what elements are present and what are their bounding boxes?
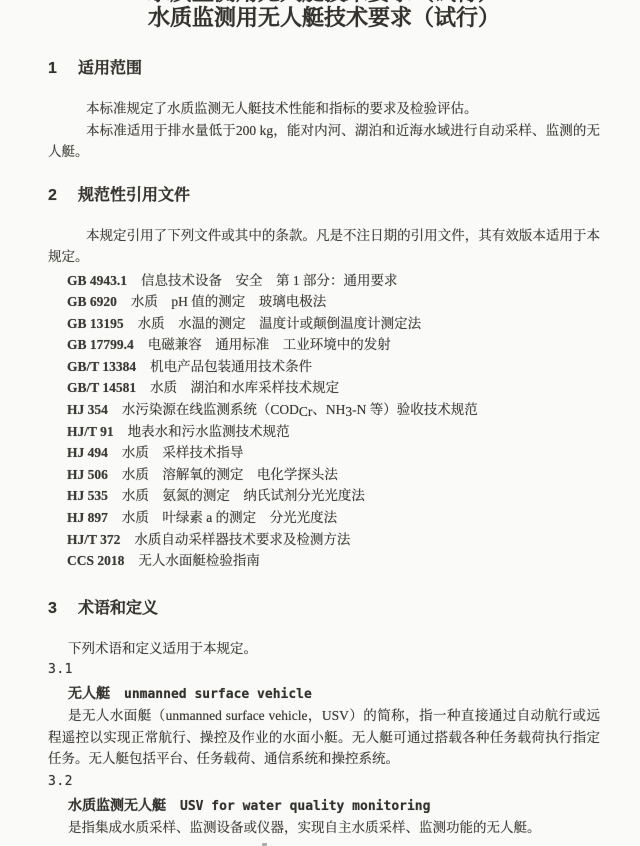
reference-title: 水质 水温的测定 温度计或颠倒温度计测定法 <box>138 316 422 331</box>
reference-code: HJ/T 372 <box>67 532 120 547</box>
clause-3-1-number: 3.1 <box>48 659 600 680</box>
section-1-number: 1 <box>48 60 62 78</box>
section-3-number: 3 <box>48 600 62 618</box>
reference-item: HJ 506水质 溶解氧的测定 电化学探头法 <box>67 464 600 486</box>
reference-code: HJ 506 <box>67 467 108 482</box>
scope-paragraph-1: 本标准规定了水质监测无人艇技术性能和指标的要求及检验评估。 <box>48 98 600 120</box>
section-3-heading: 3术语和定义 <box>48 600 600 618</box>
reference-item: GB 4943.1信息技术设备 安全 第 1 部分：通用要求 <box>67 270 600 292</box>
term-3-1-definition: 是无人水面艇（unmanned surface vehicle，USV）的简称，… <box>48 705 600 770</box>
reference-title: 水质 溶解氧的测定 电化学探头法 <box>122 467 338 482</box>
reference-item-hj354: HJ 354水污染源在线监测系统（CODCr、NH3-N 等）验收技术规范 <box>67 399 600 421</box>
reference-title: 电磁兼容 通用标准 工业环境中的发射 <box>148 337 391 352</box>
reference-code: GB 13195 <box>67 316 124 331</box>
term-3-2-english: USV for water quality monitoring <box>180 799 430 814</box>
reference-title: 无人水面艇检验指南 <box>138 553 260 568</box>
clause-3-2-number: 3.2 <box>48 771 600 792</box>
reference-title: 地表水和污水监测技术规范 <box>128 424 290 439</box>
section-3-title: 术语和定义 <box>78 600 158 617</box>
term-3-2-title: 水质监测无人艇USV for water quality monitoring <box>68 795 600 817</box>
reference-item: GB/T 13384机电产品包装通用技术条件 <box>67 356 600 378</box>
section-2-title: 规范性引用文件 <box>78 187 190 204</box>
reference-code: GB 6920 <box>67 294 117 309</box>
reference-code: GB 17799.4 <box>67 337 134 352</box>
reference-code: HJ/T 91 <box>67 424 114 439</box>
reference-title-part: -N 等）验收技术规范 <box>352 402 478 417</box>
term-3-1-chinese: 无人艇 <box>68 685 110 701</box>
term-3-2-definition: 是指集成水质采样、监测设备或仪器，实现自主水质采样、监测功能的无人艇。 <box>48 817 600 839</box>
reference-title: 水污染源在线监测系统（CODCr、NH3-N 等）验收技术规范 <box>122 402 478 417</box>
reference-code: HJ 354 <box>67 402 108 417</box>
reference-item: GB 6920水质 pH 值的测定 玻璃电极法 <box>67 291 600 313</box>
reference-code: HJ 535 <box>67 488 108 503</box>
reference-title: 水质自动采样器技术要求及检测方法 <box>134 532 350 547</box>
reference-code: HJ 897 <box>67 510 108 525</box>
term-3-1-english: unmanned surface vehicle <box>124 687 312 702</box>
reference-item: HJ/T 372水质自动采样器技术要求及检测方法 <box>67 529 600 551</box>
section-1-heading: 1适用范围 <box>48 60 600 78</box>
reference-code: GB 4943.1 <box>67 273 127 288</box>
reference-title: 信息技术设备 安全 第 1 部分：通用要求 <box>141 273 398 288</box>
reference-item: GB 17799.4电磁兼容 通用标准 工业环境中的发射 <box>67 334 600 356</box>
reference-item: HJ 494水质 采样技术指导 <box>67 442 600 464</box>
reference-title: 水质 采样技术指导 <box>122 445 244 460</box>
reference-item: HJ 535水质 氨氮的测定 纳氏试剂分光光度法 <box>67 485 600 507</box>
term-3-1-title: 无人艇unmanned surface vehicle <box>68 683 600 705</box>
reference-title: 水质 氨氮的测定 纳氏试剂分光光度法 <box>122 488 365 503</box>
reference-code: GB/T 14581 <box>67 380 136 395</box>
section-1-title: 适用范围 <box>78 60 142 77</box>
reference-code: HJ 494 <box>67 445 108 460</box>
reference-title: 水质 湖泊和水库采样技术规定 <box>150 380 339 395</box>
reference-list: GB 4943.1信息技术设备 安全 第 1 部分：通用要求 GB 6920水质… <box>48 270 600 572</box>
section-2-number: 2 <box>48 187 62 205</box>
reference-title: 机电产品包装通用技术条件 <box>150 359 312 374</box>
reference-item: HJ 897水质 叶绿素 a 的测定 分光光度法 <box>67 507 600 529</box>
term-3-2-chinese: 水质监测无人艇 <box>68 797 166 813</box>
reference-code: CCS 2018 <box>67 553 124 568</box>
references-intro: 本规定引用了下列文件或其中的条款。凡是不注日期的引用文件，其有效版本适用于本规定… <box>48 225 600 268</box>
reference-code: GB/T 13384 <box>67 359 136 374</box>
section-2-heading: 2规范性引用文件 <box>48 187 600 205</box>
reference-item: GB/T 14581水质 湖泊和水库采样技术规定 <box>67 377 600 399</box>
reference-item: CCS 2018无人水面艇检验指南 <box>67 550 600 572</box>
scope-paragraph-2: 本标准适用于排水量低于200 kg，能对内河、湖泊和近海水域进行自动采样、监测的… <box>48 120 600 163</box>
reference-title: 水质 pH 值的测定 玻璃电极法 <box>131 294 326 309</box>
reference-item: HJ/T 91地表水和污水监测技术规范 <box>67 421 600 443</box>
reference-title-part: 水污染源在线监测系统（COD <box>122 402 299 417</box>
document-page: 水质监测用无人艇技术要求（试行） 水质监测用无人艇技术要求（试行） 1适用范围 … <box>0 0 640 846</box>
terms-intro: 下列术语和定义适用于本规定。 <box>48 638 600 660</box>
document-title: 水质监测用无人艇技术要求（试行） <box>48 6 600 30</box>
reference-title: 水质 叶绿素 a 的测定 分光光度法 <box>122 510 337 525</box>
reference-item: GB 13195水质 水温的测定 温度计或颠倒温度计测定法 <box>67 313 600 335</box>
reference-title-part: 、NH <box>312 402 345 417</box>
cropped-title-text: 水质监测用无人艇技术要求（试行） <box>48 0 600 4</box>
subscript-cr: Cr <box>299 404 313 419</box>
cropped-title-fragment: 水质监测用无人艇技术要求（试行） <box>48 0 600 4</box>
